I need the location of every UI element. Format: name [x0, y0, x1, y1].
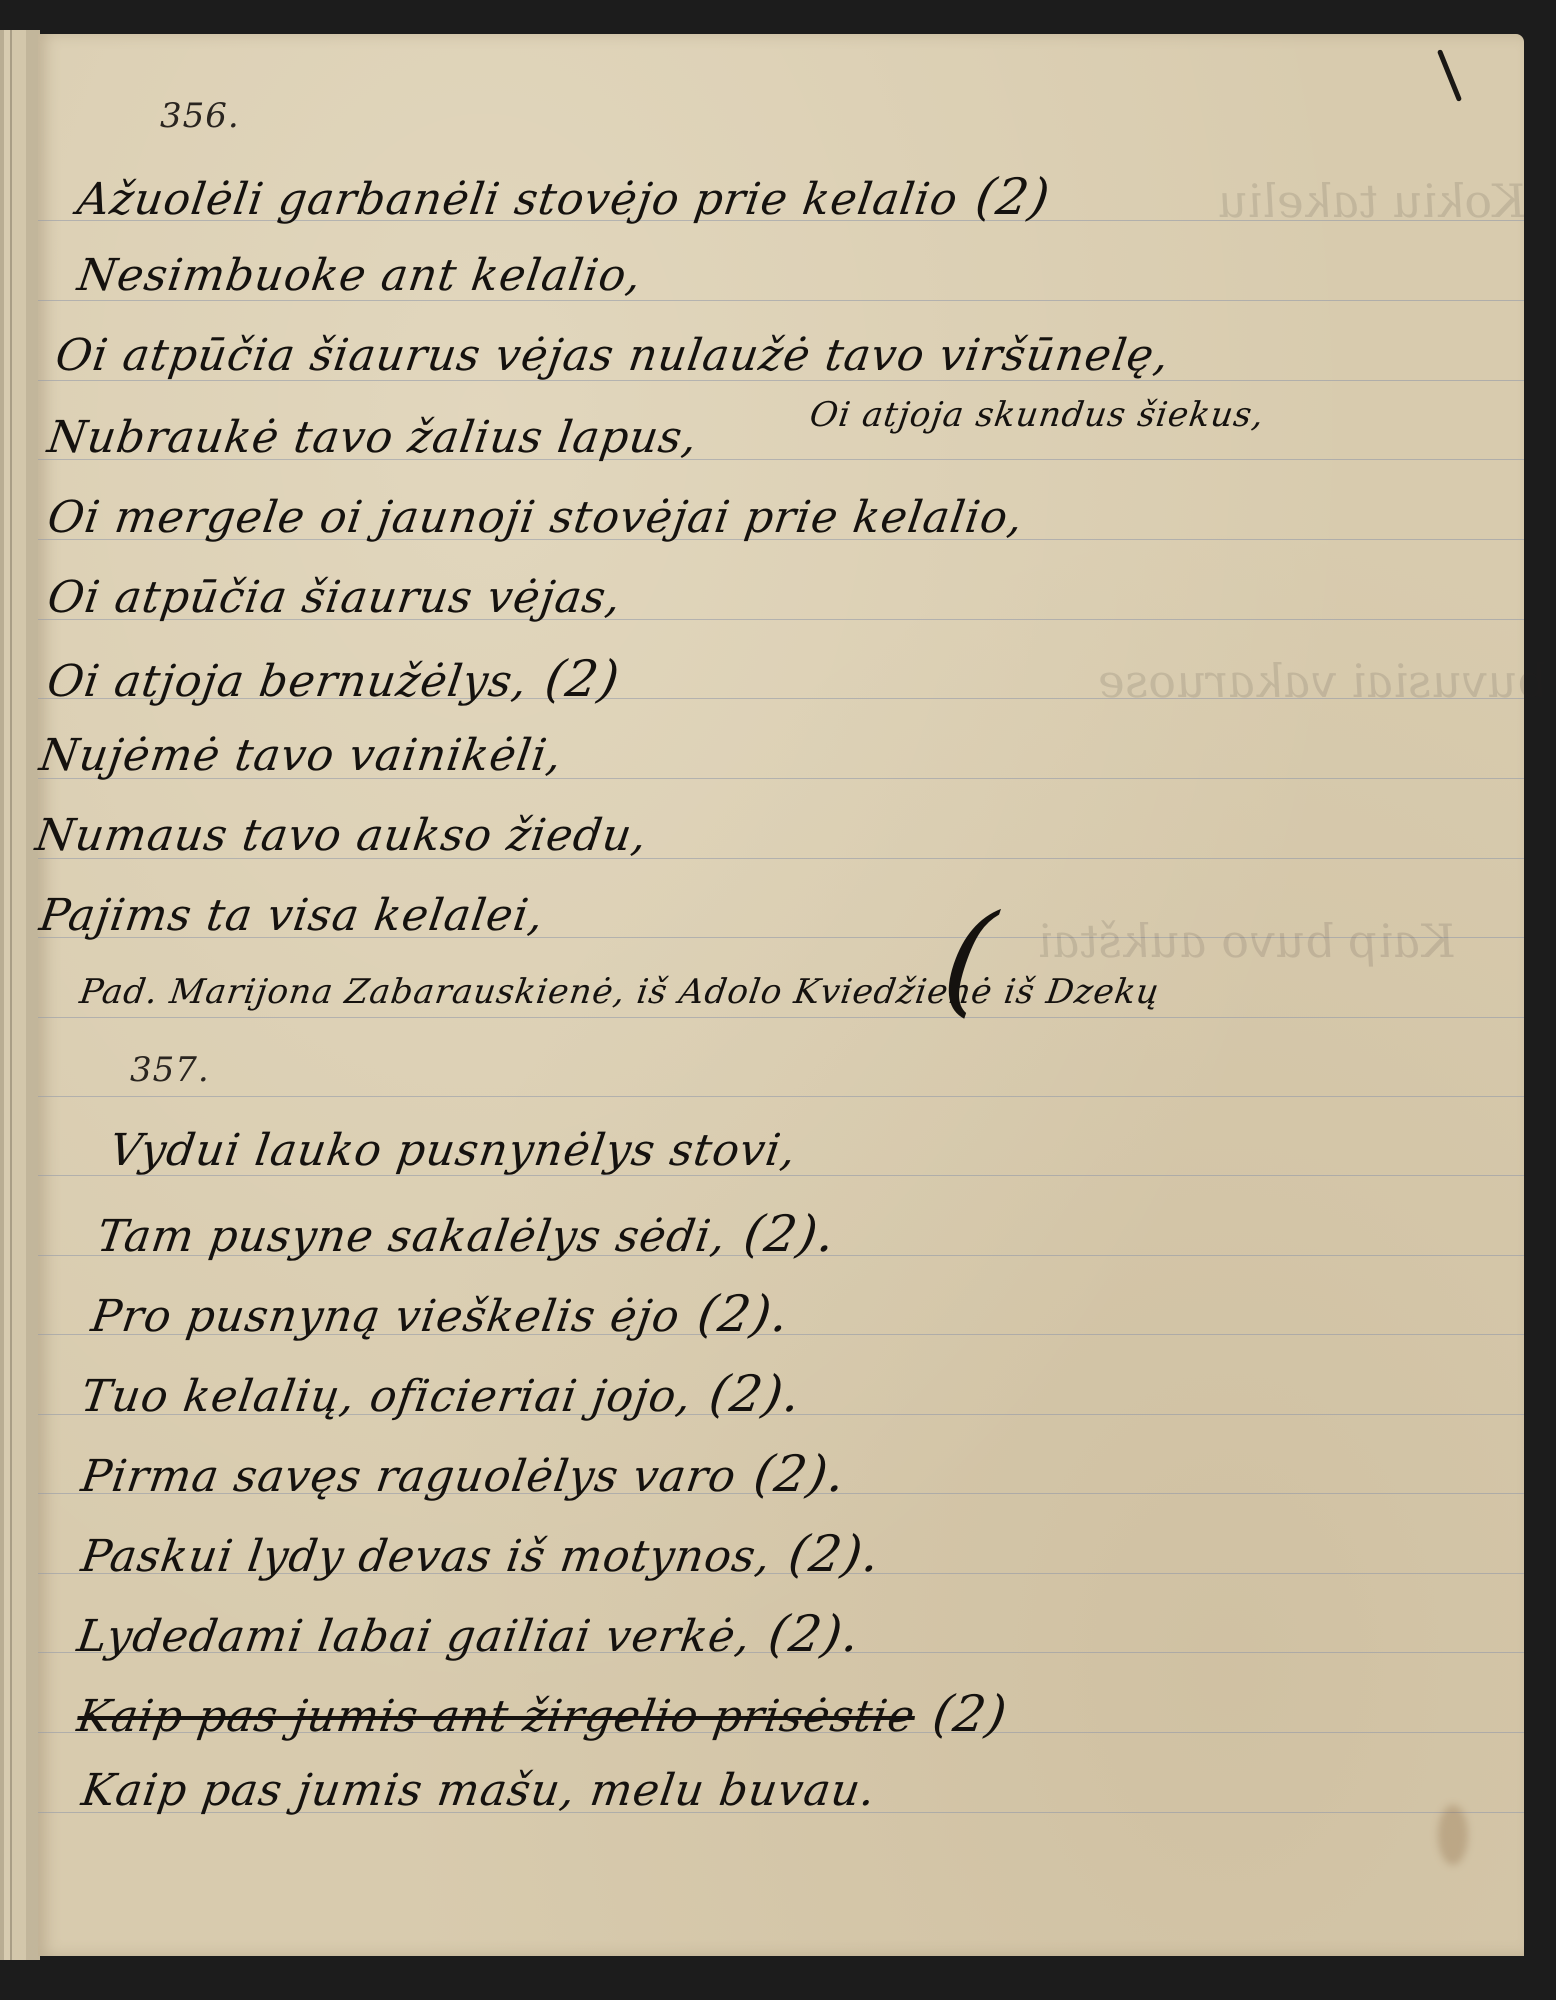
bleed-through-text: Nebuvusiai vakaruose	[1094, 654, 1556, 708]
song-line: Pajims ta visa kelalei,	[36, 890, 547, 941]
song-line: Pro pusnyną vieškelis ėjo(2).	[88, 1285, 793, 1343]
attribution: Pad. Marijona Zabarauskienė, iš Adolo Kv…	[77, 972, 1162, 1012]
song-line: Lydedami labai gailiai verkė,(2).	[74, 1605, 864, 1663]
repeat-marker: (2)	[929, 1685, 1011, 1743]
song-number: 357.	[130, 1050, 210, 1090]
struck-song-line: Kaip pas jumis ant žirgelio prisėstie(2)	[74, 1685, 1011, 1743]
song-line: Oi atpūčia šiaurus vėjas,	[44, 572, 624, 623]
song-line: Ažuolėli garbanėli stovėjo prie kelalio(…	[74, 168, 1054, 226]
song-line: Nujėmė tavo vainikėli,	[36, 730, 565, 781]
bleed-through-text: Kokiu takeliu	[1214, 174, 1529, 228]
song-line: Kaip pas jumis mašu, melu buvau.	[78, 1765, 879, 1816]
repeat-marker: (2).	[785, 1525, 884, 1583]
song-line: Numaus tavo aukso žiedu,	[32, 810, 650, 861]
song-line: Tam pusyne sakalėlys sėdi,(2).	[94, 1205, 839, 1263]
paper-stain	[1438, 1805, 1468, 1865]
interlinear-note: Oi atjoja skundus šiekus,	[807, 395, 1267, 435]
song-line: Nubraukė tavo žalius lapus,	[44, 412, 701, 463]
song-line: Vydui lauko pusnynėlys stovi,	[106, 1125, 799, 1176]
song-line: Tuo kelalių, oficieriai jojo,(2).	[78, 1365, 805, 1423]
song-line: Pirma savęs raguolėlys varo(2).	[78, 1445, 849, 1503]
song-line: Oi atjoja bernužėlys,(2)	[44, 650, 624, 708]
repeat-marker: (2)	[542, 650, 624, 708]
ruled-line	[38, 1017, 1524, 1018]
song-line: Oi atpūčia šiaurus vėjas nulaužė tavo vi…	[52, 330, 1172, 381]
ruled-line	[38, 1096, 1524, 1097]
repeat-marker: (2).	[694, 1285, 793, 1343]
song-number: 356.	[160, 96, 240, 136]
repeat-marker: (2)	[972, 168, 1054, 226]
song-line: Paskui lydy devas iš motynos,(2).	[78, 1525, 884, 1583]
repeat-marker: (2).	[750, 1445, 849, 1503]
repeat-marker: (2).	[765, 1605, 864, 1663]
repeat-marker: (2).	[706, 1365, 805, 1423]
repeat-marker: (2).	[740, 1205, 839, 1263]
notebook-page-edges	[0, 30, 40, 1960]
song-line: Nesimbuoke ant kelalio,	[74, 250, 645, 301]
bleed-through-text: Kaip buvo aukštai	[1034, 914, 1459, 968]
song-line: Oi mergele oi jaunoji stovėjai prie kela…	[44, 492, 1026, 543]
